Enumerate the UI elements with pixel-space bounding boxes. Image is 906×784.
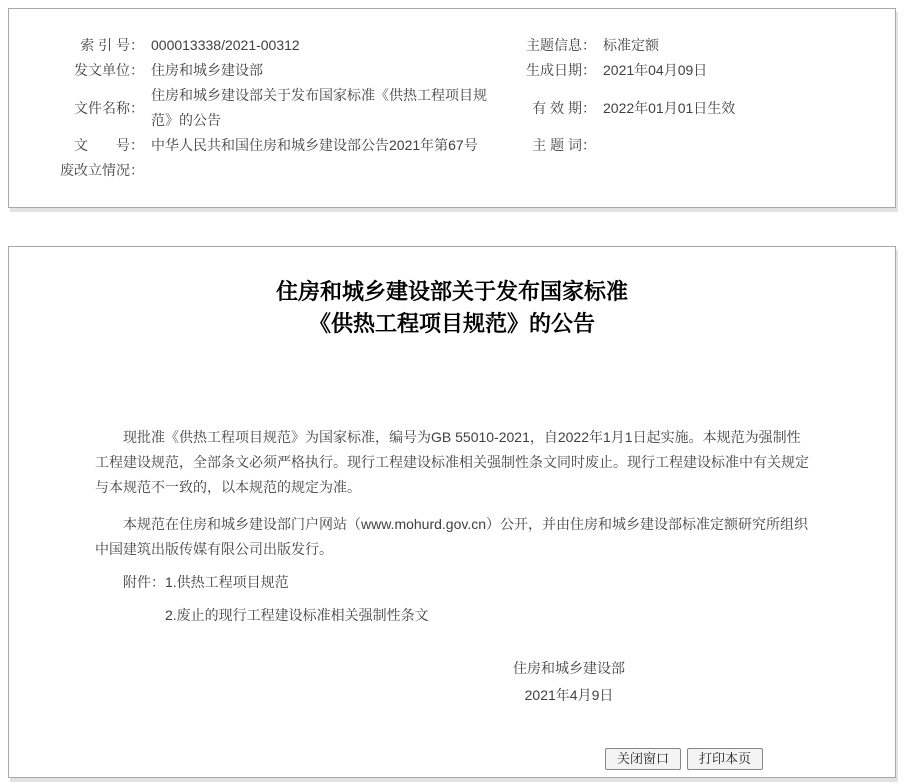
meta-value: 2021年04月09日 [596,58,895,83]
signature-block: 住房和城乡建设部 2021年4月9日 [513,655,625,709]
attachment-line-1: 附件：1.供热工程项目规范 [95,570,809,595]
announcement-paragraph-2: 本规范在住房和城乡建设部门户网站（www.mohurd.gov.cn）公开，并由… [95,512,809,562]
signature-date: 2021年4月9日 [513,682,625,709]
meta-label: 索 引 号： [9,33,144,58]
meta-row-doc-number: 文 号： 中华人民共和国住房和城乡建设部公告2021年第67号 主 题 词： [9,133,895,158]
meta-value [596,158,895,183]
meta-label: 废改立情况： [9,158,144,183]
metadata-table: 索 引 号： 000013338/2021-00312 主题信息： 标准定额 发… [9,33,895,183]
meta-label: 主题信息： [501,33,596,58]
meta-value [596,133,895,158]
attachment-line-2: 2.废止的现行工程建设标准相关强制性条文 [165,603,809,628]
meta-value: 住房和城乡建设部 [144,58,501,83]
meta-value: 住房和城乡建设部关于发布国家标准《供热工程项目规范》的公告 [144,83,501,133]
meta-label: 生成日期： [501,58,596,83]
announcement-paragraph-1: 现批准《供热工程项目规范》为国家标准，编号为GB 55010-2021，自202… [95,425,809,500]
meta-row-index-number: 索 引 号： 000013338/2021-00312 主题信息： 标准定额 [9,33,895,58]
meta-label: 主 题 词： [501,133,596,158]
announcement-panel: 住房和城乡建设部关于发布国家标准 《供热工程项目规范》的公告 现批准《供热工程项… [8,246,896,778]
footer-button-row: 关闭窗口 打印本页 [605,748,763,770]
document-info-panel: 索 引 号： 000013338/2021-00312 主题信息： 标准定额 发… [8,8,896,208]
print-page-button[interactable]: 打印本页 [687,748,763,770]
meta-label: 文件名称： [9,83,144,133]
page-title: 住房和城乡建设部关于发布国家标准 《供热工程项目规范》的公告 [9,276,895,340]
signature-name: 住房和城乡建设部 [513,655,625,682]
close-window-button[interactable]: 关闭窗口 [605,748,681,770]
page-title-line-1: 住房和城乡建设部关于发布国家标准 [9,276,895,308]
meta-row-issuing-unit: 发文单位： 住房和城乡建设部 生成日期： 2021年04月09日 [9,58,895,83]
meta-label: 有 效 期： [501,83,596,133]
meta-label: 文 号： [9,133,144,158]
meta-row-file-name: 文件名称： 住房和城乡建设部关于发布国家标准《供热工程项目规范》的公告 有 效 … [9,83,895,133]
attachments-section: 附件：1.供热工程项目规范 2.废止的现行工程建设标准相关强制性条文 [95,570,809,628]
meta-label: 发文单位： [9,58,144,83]
meta-value: 2022年01月01日生效 [596,83,895,133]
meta-row-repeal-status: 废改立情况： [9,158,895,183]
page-title-line-2: 《供热工程项目规范》的公告 [9,308,895,340]
announcement-body: 现批准《供热工程项目规范》为国家标准，编号为GB 55010-2021，自202… [95,425,809,709]
meta-value: 中华人民共和国住房和城乡建设部公告2021年第67号 [144,133,501,158]
meta-value [144,158,501,183]
meta-value: 标准定额 [596,33,895,58]
meta-label [501,158,596,183]
meta-value: 000013338/2021-00312 [144,33,501,58]
